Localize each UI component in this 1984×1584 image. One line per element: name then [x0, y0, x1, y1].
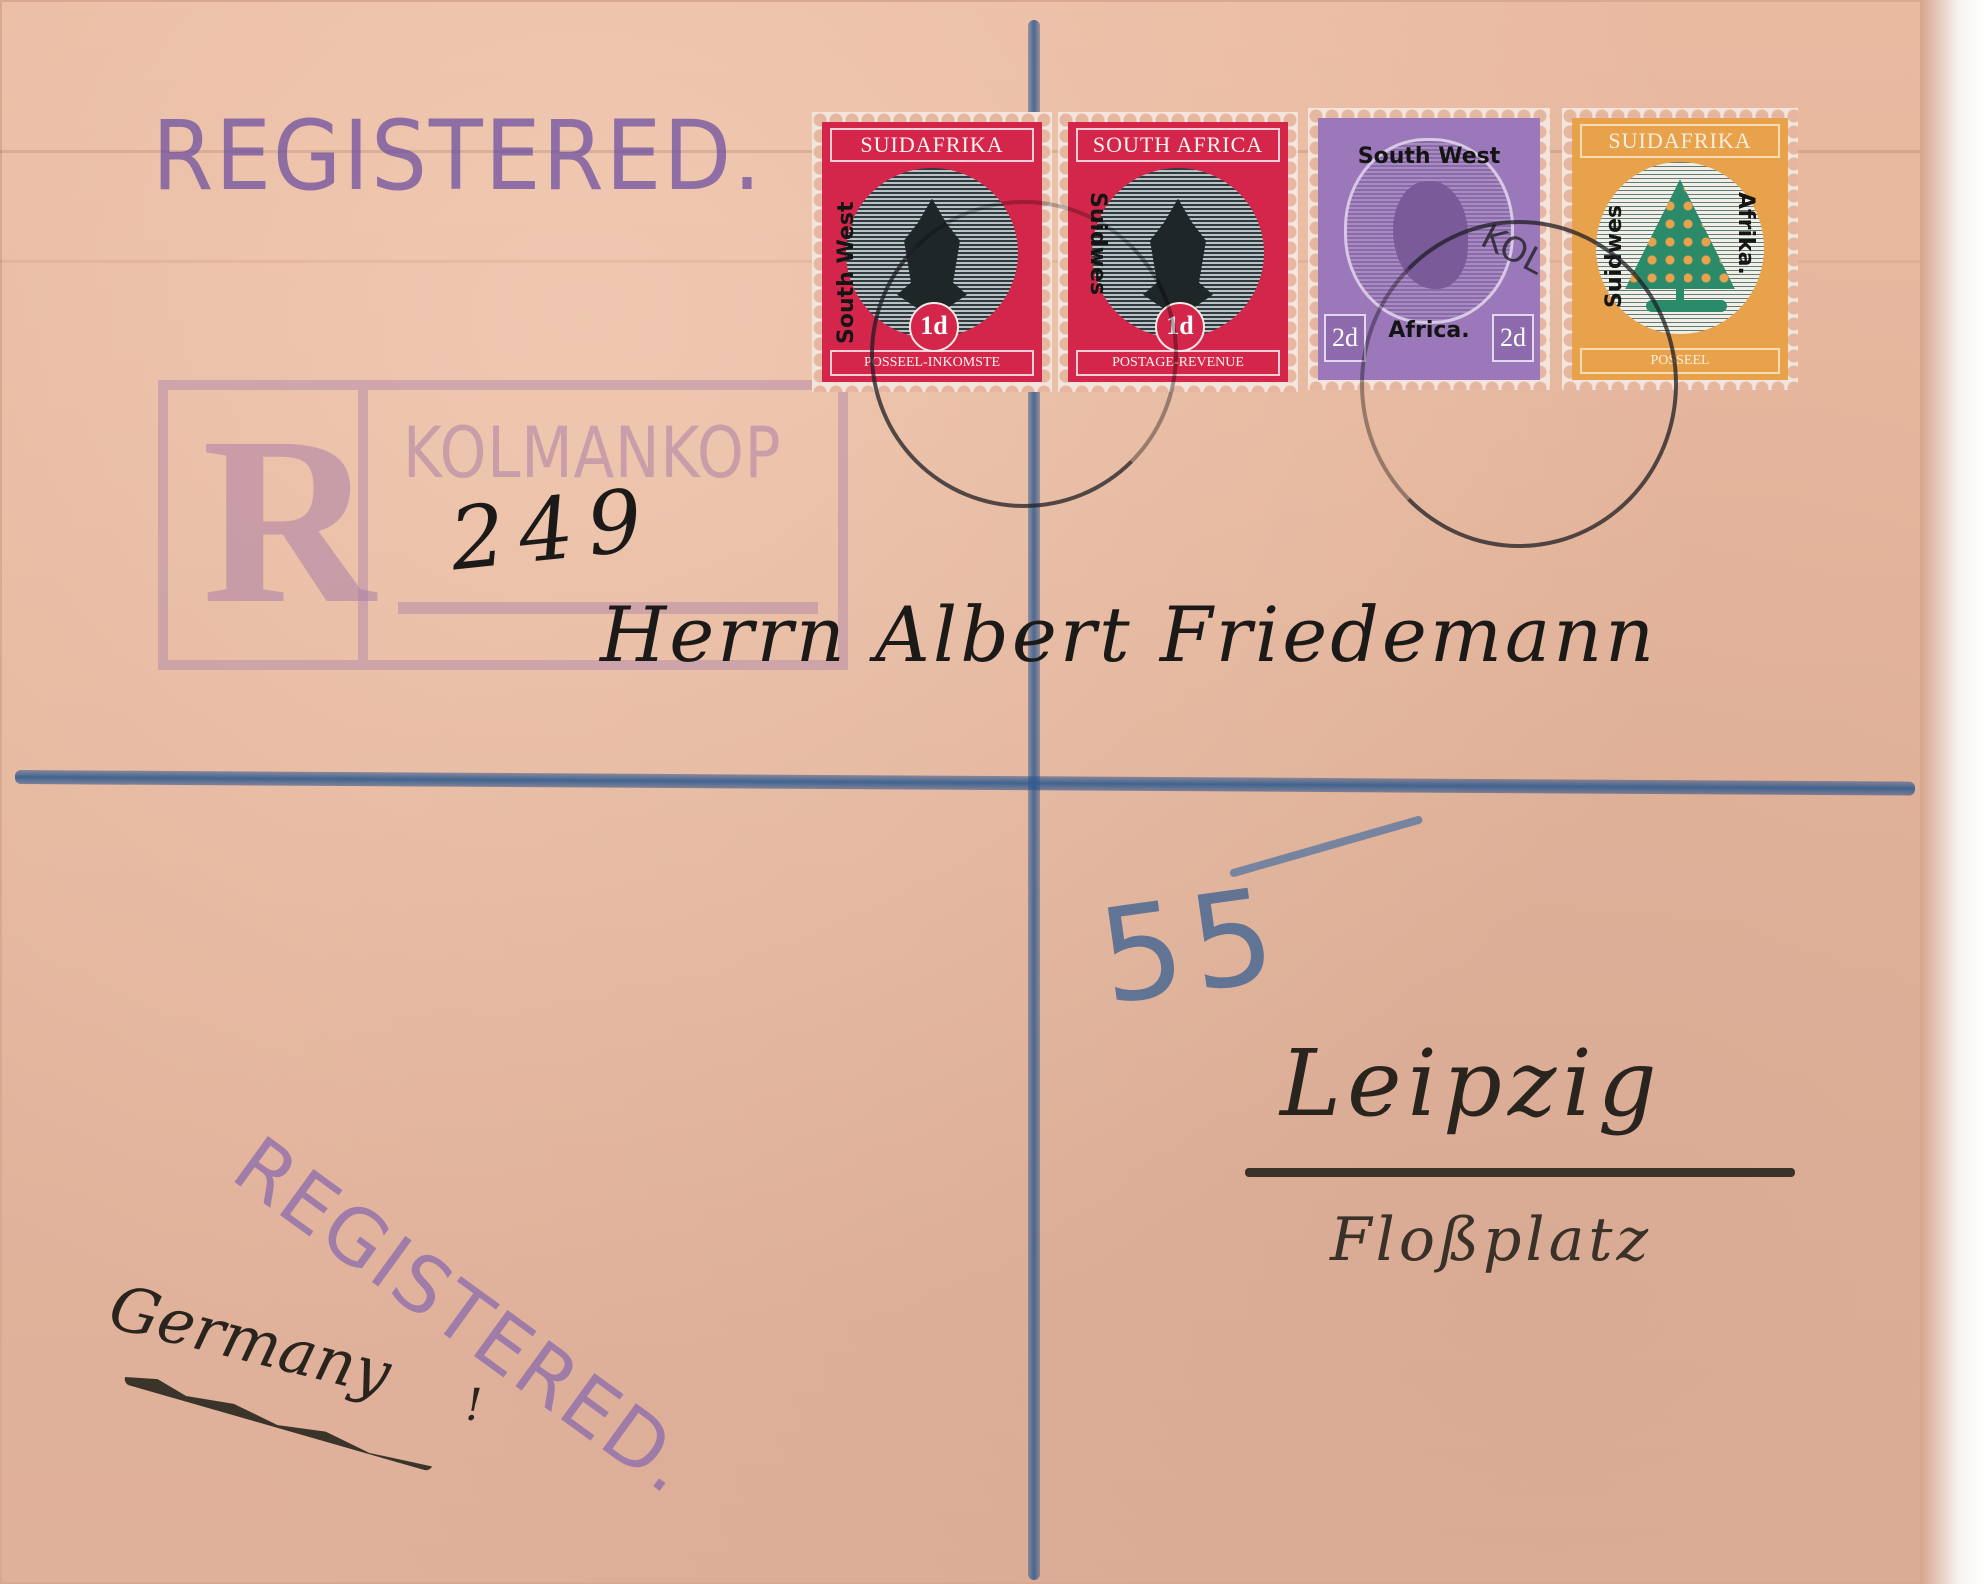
- stamp-header: SUIDAFRIKA: [830, 128, 1034, 162]
- registration-letter: R: [202, 400, 375, 640]
- stamp-overprint: South West: [834, 202, 859, 344]
- registration-number: 249: [445, 469, 660, 590]
- country-exclamation: !: [465, 1380, 483, 1431]
- addressee-name: Herrn Albert Friedemann: [600, 590, 1657, 679]
- country-underline-wave: [123, 1370, 434, 1472]
- stamp-overprint-right: Afrika.: [1733, 192, 1758, 275]
- envelope: REGISTERED. R KOLMANKOP 249 SUIDAFRIKA 1…: [0, 0, 1940, 1584]
- registered-handstamp-top: REGISTERED.: [152, 100, 763, 212]
- pencil-stroke: [1229, 815, 1423, 878]
- scan-edge: [1920, 0, 1984, 1584]
- city-underline: [1245, 1168, 1795, 1177]
- stamp-header: SOUTH AFRICA: [1076, 128, 1280, 162]
- stamp-header: SUIDAFRIKA: [1580, 124, 1780, 158]
- postmark-circle-left: [870, 200, 1178, 508]
- pencil-note: 55: [1090, 858, 1291, 1034]
- registration-letter-box: R: [168, 390, 368, 660]
- stamp-overprint-top: South West: [1318, 144, 1540, 169]
- address-street: Floßplatz: [1330, 1205, 1652, 1275]
- address-city: Leipzig: [1280, 1030, 1663, 1137]
- registration-cross-horizontal: [15, 770, 1915, 796]
